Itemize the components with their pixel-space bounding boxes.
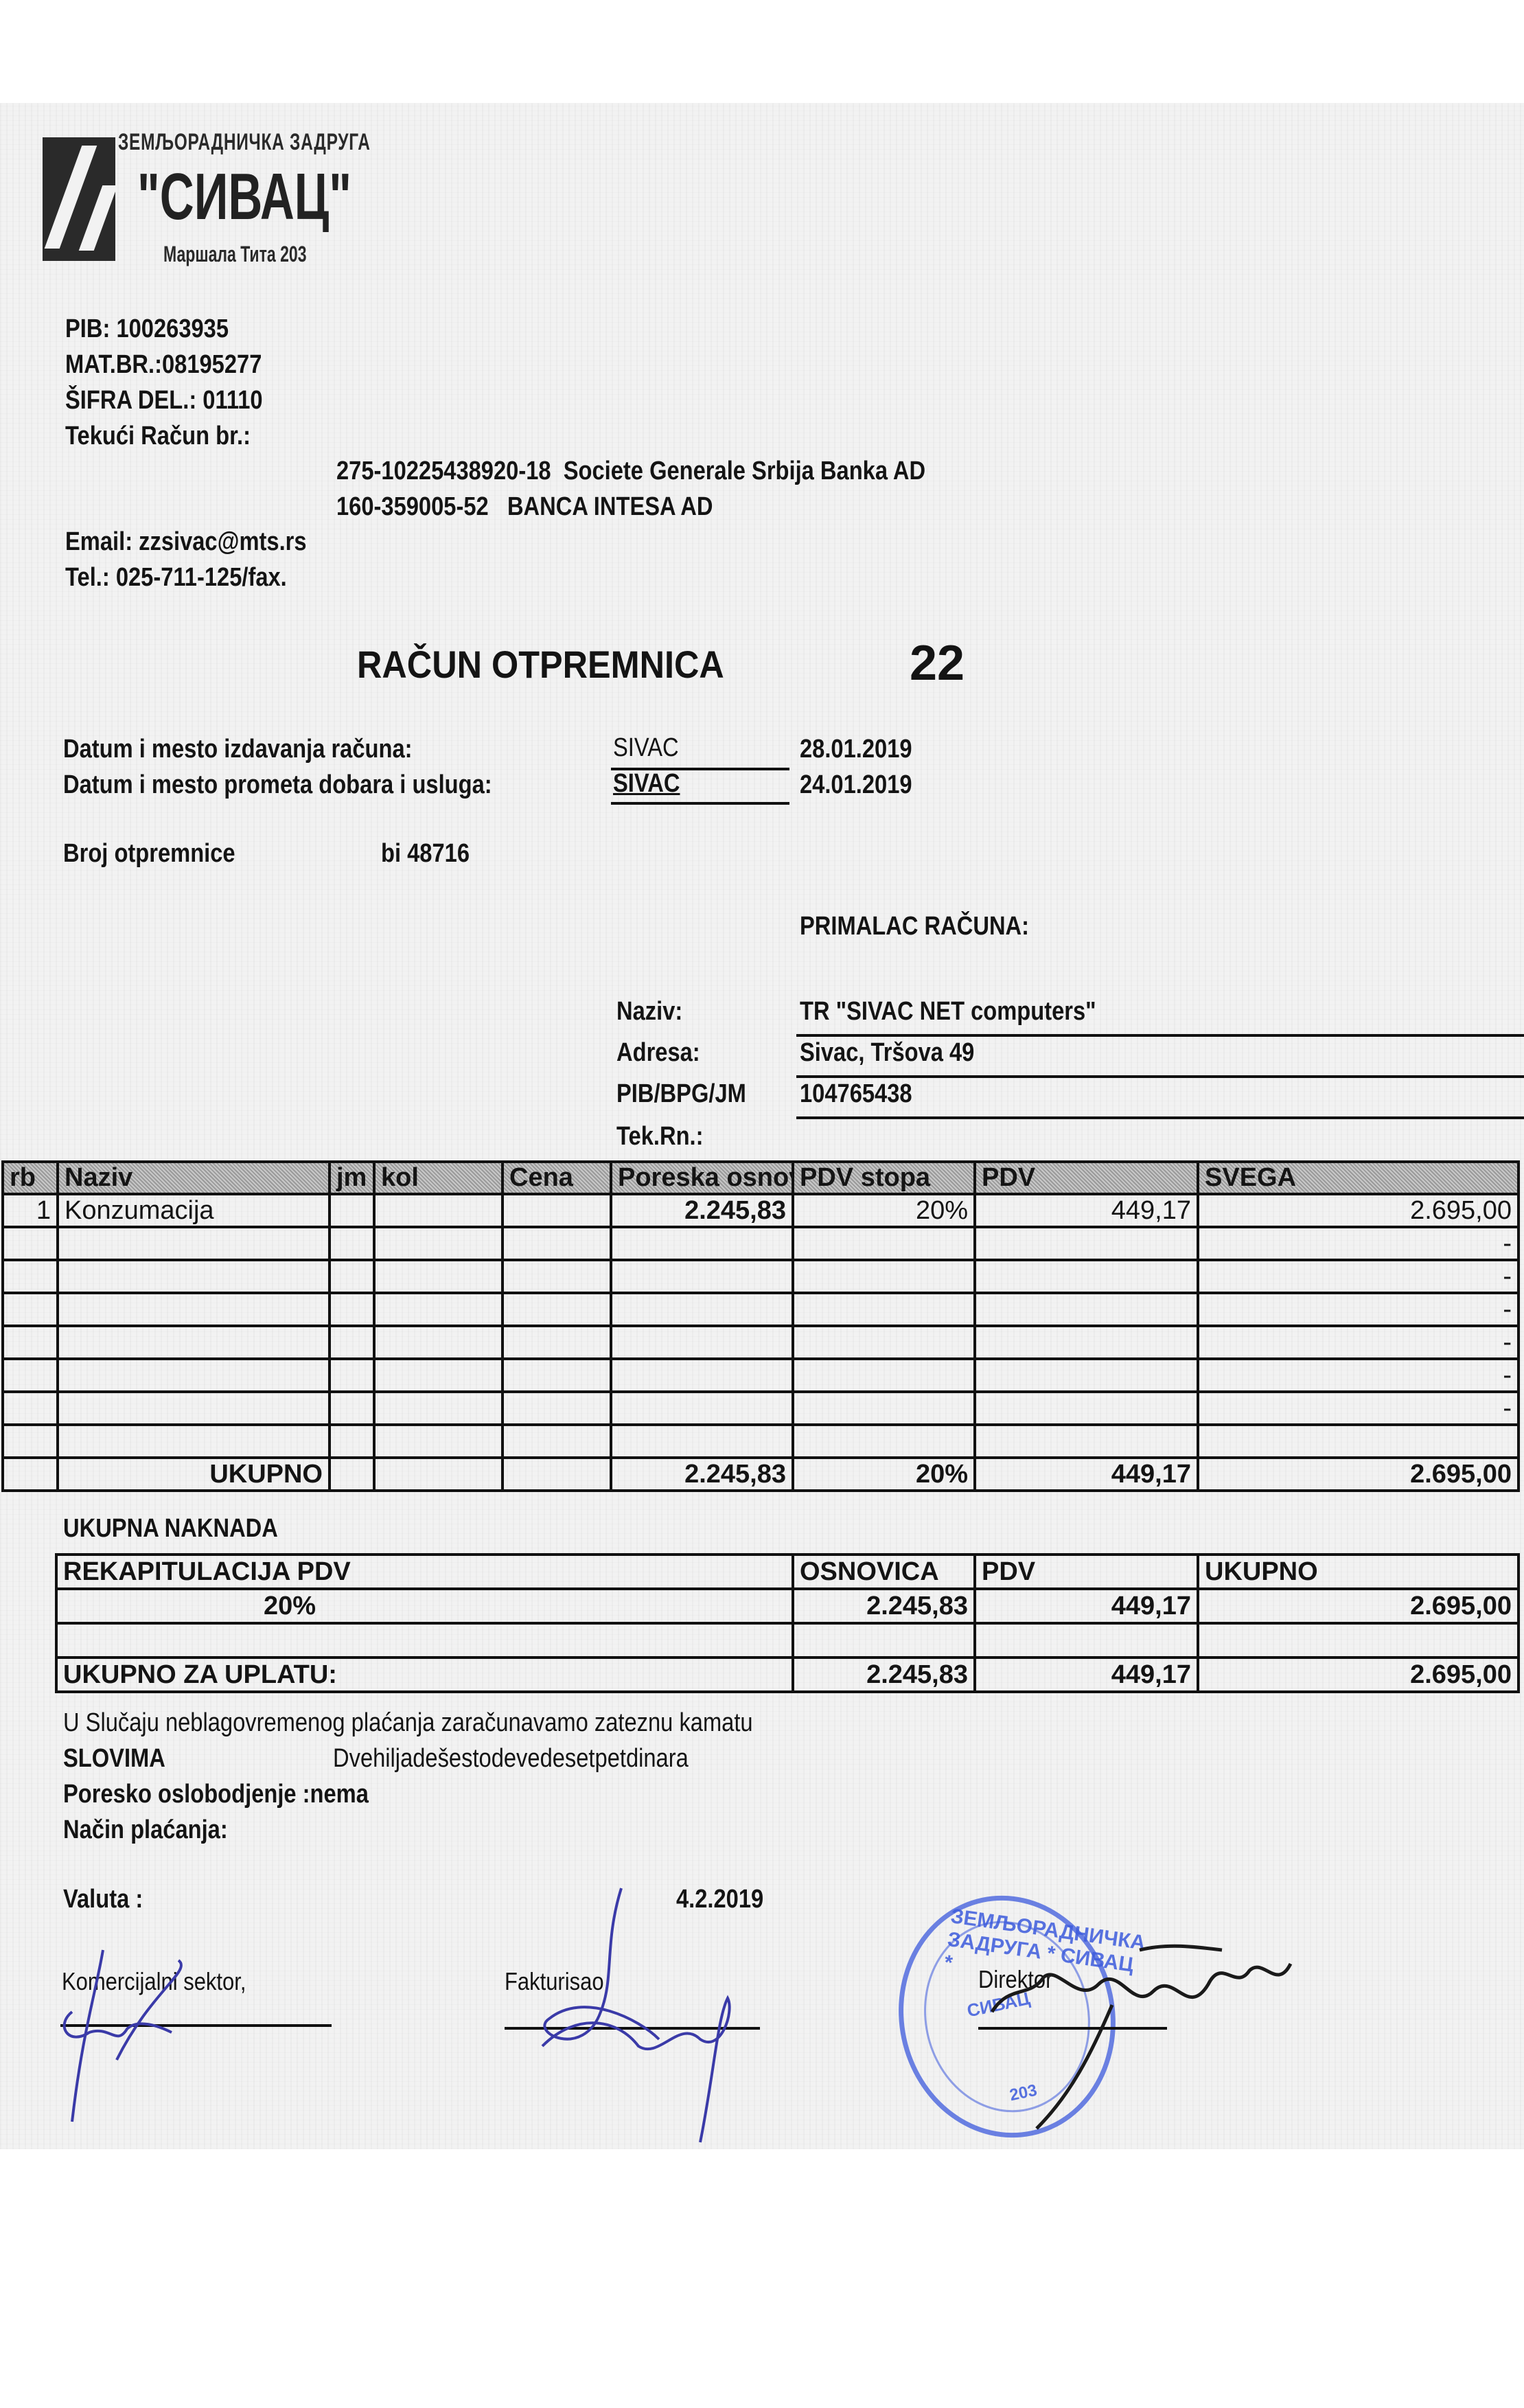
cell-rb [3, 1260, 58, 1293]
cell-kol [374, 1194, 503, 1227]
cell-naziv [58, 1293, 330, 1326]
cell-svega: - [1198, 1326, 1519, 1359]
company-pib: PIB: 100263935 [65, 314, 229, 344]
total-kol [374, 1458, 503, 1491]
slovima-value: Dvehiljadešestodevedesetpetdinara [333, 1744, 689, 1774]
bank-account-2-number: 160-359005-52 [336, 492, 489, 521]
cell-osnovica [611, 1293, 793, 1326]
company-account-label: Tekući Račun br.: [65, 422, 251, 451]
document-title: RAČUN OTPREMNICA [357, 642, 724, 687]
col-poreska-osnovica: Poreska osnovica [611, 1162, 793, 1194]
cell-rb [3, 1326, 58, 1359]
recipient-pib-line [796, 1116, 1524, 1119]
col-jm: jm [330, 1162, 374, 1194]
issue-date: 28.01.2019 [800, 735, 912, 764]
dispatch-number: bi 48716 [381, 839, 470, 869]
recap-rate-row: 20% 2.245,83 449,17 2.695,00 [56, 1589, 1519, 1623]
cell-pdv [975, 1425, 1198, 1458]
total-svega: 2.695,00 [1198, 1458, 1519, 1491]
cell-pdv [975, 1359, 1198, 1392]
items-total-row: UKUPNO 2.245,83 20% 449,17 2.695,00 [3, 1458, 1519, 1491]
cell-osnovica [611, 1227, 793, 1260]
tax-exemption-value: nema [310, 1780, 369, 1809]
cell-cena [503, 1260, 611, 1293]
company-mat-br: MAT.BR.:08195277 [65, 350, 262, 380]
cell-stopa [793, 1260, 975, 1293]
col-pdv-stopa: PDV stopa [793, 1162, 975, 1194]
cell-jm [330, 1194, 374, 1227]
recap-rate-ukupno: 2.695,00 [1198, 1589, 1519, 1623]
cell-cena [503, 1293, 611, 1326]
cell-naziv [58, 1326, 330, 1359]
cell-kol [374, 1326, 503, 1359]
cell-rb [3, 1392, 58, 1425]
cell-cena [503, 1425, 611, 1458]
supply-place-underline [611, 802, 789, 805]
recipient-name: TR "SIVAC NET computers" [800, 997, 1096, 1027]
table-row: - [3, 1293, 1519, 1326]
recipient-address-line [796, 1075, 1524, 1078]
col-pdv: PDV [975, 1162, 1198, 1194]
cell-naziv [58, 1260, 330, 1293]
recap-col-ukupno: UKUPNO [1198, 1555, 1519, 1589]
table-row: - [3, 1227, 1519, 1260]
cell-cena [503, 1194, 611, 1227]
cell-naziv [58, 1425, 330, 1458]
document-number: 22 [910, 635, 965, 691]
cell-cena [503, 1359, 611, 1392]
tax-exemption: Poresko oslobodjenje :nema [63, 1780, 369, 1809]
cell-rb: 1 [3, 1194, 58, 1227]
cell-jm [330, 1326, 374, 1359]
cell-osnovica: 2.245,83 [611, 1194, 793, 1227]
cell-pdv [975, 1326, 1198, 1359]
recipient-name-label: Naziv: [616, 997, 682, 1027]
dispatch-label: Broj otpremnice [63, 839, 235, 869]
bank-account-2-bank: BANCA INTESA AD [507, 492, 713, 521]
total-pdv: 449,17 [975, 1458, 1198, 1491]
cell-naziv [58, 1392, 330, 1425]
cell-kol [374, 1227, 503, 1260]
issue-label: Datum i mesto izdavanja računa: [63, 735, 413, 764]
recipient-pib-label: PIB/BPG/JM [616, 1079, 746, 1109]
recipient-address-label: Adresa: [616, 1038, 700, 1068]
slovima-label: SLOVIMA [63, 1744, 165, 1774]
cell-osnovica [611, 1425, 793, 1458]
total-osnovica: 2.245,83 [611, 1458, 793, 1491]
recipient-name-line [796, 1034, 1524, 1037]
cell-pdv: 449,17 [975, 1194, 1198, 1227]
cell-osnovica [611, 1392, 793, 1425]
cell-jm [330, 1227, 374, 1260]
cell-kol [374, 1425, 503, 1458]
total-rb [3, 1458, 58, 1491]
vat-recap-table: REKAPITULACIJA PDV OSNOVICA PDV UKUPNO 2… [55, 1553, 1520, 1693]
cell-svega: - [1198, 1227, 1519, 1260]
company-email: Email: zzsivac@mts.rs [65, 527, 307, 557]
recipient-heading: PRIMALAC RAČUNA: [800, 912, 1029, 941]
recap-total-row: UKUPNO ZA UPLATU: 2.245,83 449,17 2.695,… [56, 1658, 1519, 1692]
signature-director-icon [992, 1946, 1291, 2129]
cell-jm [330, 1260, 374, 1293]
company-sifra-del: ŠIFRA DEL.: 01110 [65, 386, 263, 415]
cell-cena [503, 1227, 611, 1260]
cell-stopa [793, 1326, 975, 1359]
late-payment-note: U Slučaju neblagovremenog plaćanja zarač… [63, 1708, 753, 1738]
cell-stopa [793, 1425, 975, 1458]
total-cena [503, 1458, 611, 1491]
supply-label: Datum i mesto prometa dobara i usluga: [63, 770, 492, 800]
items-body: 1Konzumacija2.245,8320%449,172.695,00---… [3, 1194, 1519, 1458]
cell-naziv: Konzumacija [58, 1194, 330, 1227]
col-rb: rb [3, 1162, 58, 1194]
cell-pdv [975, 1392, 1198, 1425]
table-row: - [3, 1326, 1519, 1359]
bank-account-1: 275-10225438920-18 Societe Generale Srbi… [336, 457, 925, 486]
cell-pdv [975, 1260, 1198, 1293]
cell-kol [374, 1293, 503, 1326]
recipient-pib: 104765438 [800, 1079, 912, 1109]
cell-pdv [975, 1227, 1198, 1260]
cell-cena [503, 1392, 611, 1425]
recipient-account-label: Tek.Rn.: [616, 1122, 704, 1151]
table-row: - [3, 1260, 1519, 1293]
cell-naziv [58, 1359, 330, 1392]
issue-place: SIVAC [613, 733, 679, 763]
total-stopa: 20% [793, 1458, 975, 1491]
signature-invoiced-by-icon [542, 1888, 730, 2142]
tax-exemption-label: Poresko oslobodjenje : [63, 1780, 310, 1809]
cooperative-logo-icon [43, 137, 115, 261]
recipient-address: Sivac, Tršova 49 [800, 1038, 974, 1068]
table-row: - [3, 1359, 1519, 1392]
logo-org-name: "СИВАЦ" [137, 159, 351, 235]
recap-col-osnovica: OSNOVICA [793, 1555, 975, 1589]
cell-svega: - [1198, 1359, 1519, 1392]
recap-empty-row [56, 1623, 1519, 1658]
recap-col-pdv: PDV [975, 1555, 1198, 1589]
cell-kol [374, 1359, 503, 1392]
cell-svega: - [1198, 1392, 1519, 1425]
bank-account-1-bank: Societe Generale Srbija Banka AD [564, 457, 925, 485]
cell-svega: - [1198, 1260, 1519, 1293]
cell-stopa [793, 1359, 975, 1392]
cell-svega [1198, 1425, 1519, 1458]
recap-header-row: REKAPITULACIJA PDV OSNOVICA PDV UKUPNO [56, 1555, 1519, 1589]
ukupna-naknada: UKUPNA NAKNADA [63, 1514, 278, 1544]
cell-jm [330, 1425, 374, 1458]
recap-title: REKAPITULACIJA PDV [56, 1555, 793, 1589]
handwritten-signatures [0, 1854, 1524, 2163]
cell-stopa [793, 1392, 975, 1425]
recap-rate-pdv: 449,17 [975, 1589, 1198, 1623]
col-svega: SVEGA [1198, 1162, 1519, 1194]
cell-cena [503, 1326, 611, 1359]
cell-pdv [975, 1293, 1198, 1326]
total-label: UKUPNO [58, 1458, 330, 1491]
recap-total-osnovica: 2.245,83 [793, 1658, 975, 1692]
logo-org-type: ЗЕМЉОРАДНИЧКА ЗАДРУГА [118, 129, 371, 156]
signature-commercial-icon [65, 1950, 181, 2122]
bank-account-1-number: 275-10225438920-18 [336, 457, 551, 485]
total-jm [330, 1458, 374, 1491]
cell-rb [3, 1425, 58, 1458]
cell-osnovica [611, 1359, 793, 1392]
recap-total-pdv: 449,17 [975, 1658, 1198, 1692]
cell-rb [3, 1293, 58, 1326]
supply-place: SIVAC [613, 769, 680, 799]
recap-rate-osnovica: 2.245,83 [793, 1589, 975, 1623]
payment-method-label: Način plaćanja: [63, 1815, 228, 1845]
table-row: - [3, 1392, 1519, 1425]
items-table: rb Naziv jm kol Cena Poreska osnovica PD… [1, 1160, 1520, 1492]
cell-svega: - [1198, 1293, 1519, 1326]
col-cena: Cena [503, 1162, 611, 1194]
cell-naziv [58, 1227, 330, 1260]
cell-stopa: 20% [793, 1194, 975, 1227]
table-row: 1Konzumacija2.245,8320%449,172.695,00 [3, 1194, 1519, 1227]
cell-kol [374, 1392, 503, 1425]
cell-jm [330, 1359, 374, 1392]
table-row [3, 1425, 1519, 1458]
items-header-row: rb Naziv jm kol Cena Poreska osnovica PD… [3, 1162, 1519, 1194]
cell-rb [3, 1227, 58, 1260]
cell-svega: 2.695,00 [1198, 1194, 1519, 1227]
cell-osnovica [611, 1326, 793, 1359]
cell-rb [3, 1359, 58, 1392]
col-kol: kol [374, 1162, 503, 1194]
logo-address: Маршала Тита 203 [163, 242, 307, 267]
recap-rate: 20% [56, 1589, 793, 1623]
cell-stopa [793, 1227, 975, 1260]
company-tel: Tel.: 025-711-125/fax. [65, 563, 287, 593]
cell-stopa [793, 1293, 975, 1326]
recap-total-ukupno: 2.695,00 [1198, 1658, 1519, 1692]
bank-account-2: 160-359005-52 BANCA INTESA AD [336, 492, 713, 522]
supply-date: 24.01.2019 [800, 770, 912, 800]
cell-kol [374, 1260, 503, 1293]
recap-total-label: UKUPNO ZA UPLATU: [56, 1658, 793, 1692]
cell-osnovica [611, 1260, 793, 1293]
col-naziv: Naziv [58, 1162, 330, 1194]
cell-jm [330, 1392, 374, 1425]
cell-jm [330, 1293, 374, 1326]
